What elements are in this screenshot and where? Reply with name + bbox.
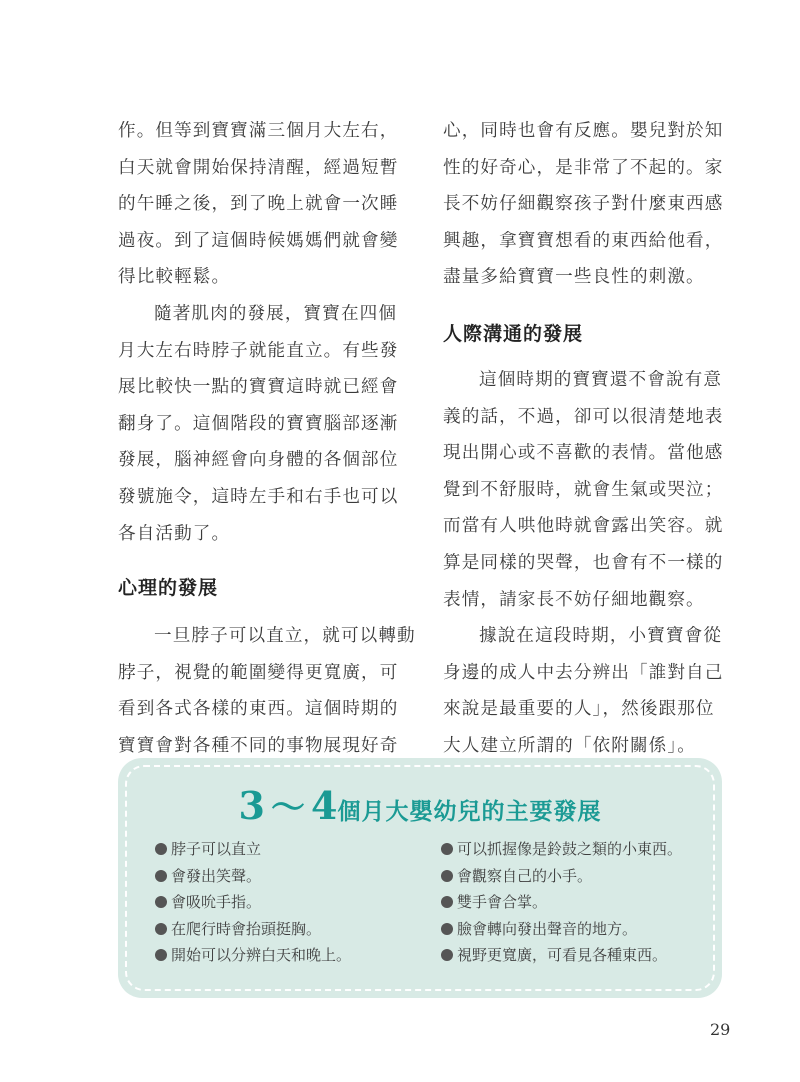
paragraph-muscle: 隨著肌肉的發展，寶寶在四個 月大左右時脖子就能直立。有些發 展比較快一點的寶寶這… xyxy=(118,296,408,552)
bullet-icon xyxy=(155,949,167,961)
section-heading-psychology: 心理的發展 xyxy=(118,572,408,604)
text-line: 據說在這段時期，小寶寶會從 xyxy=(443,618,733,655)
bullet-icon xyxy=(441,870,453,882)
text-line: 過夜。到了這個時候媽媽們就會變 xyxy=(118,223,408,260)
bullet-icon xyxy=(441,949,453,961)
list-item-text: 視野更寬廣，可看見各種東西。 xyxy=(457,946,667,964)
text-line: 展比較快一點的寶寶這時就已經會 xyxy=(118,369,408,406)
summary-title: 3～4個月大嬰幼兒的主要發展 xyxy=(118,780,722,829)
text-line: 月大左右時脖子就能直立。有些發 xyxy=(118,333,408,370)
text-line: 發號施令，這時左手和右手也可以 xyxy=(118,479,408,516)
text-line: 興趣，拿寶寶想看的東西給他看， xyxy=(443,223,733,260)
title-number-start: 3 xyxy=(239,783,265,828)
list-item-text: 會吸吮手指。 xyxy=(171,893,261,911)
text-line: 覺到不舒服時，就會生氣或哭泣； xyxy=(443,472,733,509)
text-line: 性的好奇心，是非常了不起的。家 xyxy=(443,150,733,187)
right-column: 心，同時也會有反應。嬰兒對於知 性的好奇心，是非常了不起的。家 長不妨仔細觀察孩… xyxy=(443,113,733,765)
text-line: 這個時期的寶寶還不會說有意 xyxy=(443,362,733,399)
list-item-text: 會發出笑聲。 xyxy=(171,867,261,885)
text-line: 看到各式各樣的東西。這個時期的 xyxy=(118,691,408,728)
title-tilde: ～ xyxy=(271,788,305,828)
text-line: 發展，腦神經會向身體的各個部位 xyxy=(118,442,408,479)
title-number-end: 4 xyxy=(311,783,337,828)
text-line: 長不妨仔細觀察孩子對什麼東西感 xyxy=(443,186,733,223)
bullet-icon xyxy=(441,843,453,855)
text-line: 表情，請家長不妨仔細地觀察。 xyxy=(443,582,733,619)
text-line: 一旦脖子可以直立，就可以轉動 xyxy=(118,618,408,655)
paragraph-expression: 這個時期的寶寶還不會說有意 義的話，不過，卻可以很清楚地表 現出開心或不喜歡的表… xyxy=(443,362,733,618)
text-line: 義的話，不過，卻可以很清楚地表 xyxy=(443,399,733,436)
list-item-text: 可以抓握像是鈴鼓之類的小東西。 xyxy=(457,840,682,858)
summary-box: 3～4個月大嬰幼兒的主要發展 脖子可以直立 會發出笑聲。 會吸吮手指。 在爬行時… xyxy=(118,758,722,998)
title-text: 個月大嬰幼兒的主要發展 xyxy=(337,798,601,825)
list-item: 在爬行時會抬頭挺胸。 xyxy=(155,916,351,943)
list-item: 脖子可以直立 xyxy=(155,836,351,863)
bullet-icon xyxy=(155,896,167,908)
list-item: 會發出笑聲。 xyxy=(155,863,351,890)
text-line: 作。但等到寶寶滿三個月大左右， xyxy=(118,113,408,150)
list-item-text: 在爬行時會抬頭挺胸。 xyxy=(171,920,321,938)
page-number: 29 xyxy=(710,1020,730,1039)
text-line: 隨著肌肉的發展，寶寶在四個 xyxy=(118,296,408,333)
bullet-icon xyxy=(155,843,167,855)
text-line: 算是同樣的哭聲，也會有不一樣的 xyxy=(443,545,733,582)
paragraph-curiosity: 心，同時也會有反應。嬰兒對於知 性的好奇心，是非常了不起的。家 長不妨仔細觀察孩… xyxy=(443,113,733,296)
bullet-icon xyxy=(155,923,167,935)
section-heading-communication: 人際溝通的發展 xyxy=(443,318,733,350)
text-line: 得比較輕鬆。 xyxy=(118,259,408,296)
text-line: 現出開心或不喜歡的表情。當他感 xyxy=(443,435,733,472)
list-item: 會觀察自己的小手。 xyxy=(441,863,682,890)
paragraph-vision: 一旦脖子可以直立，就可以轉動 脖子，視覺的範圍變得更寬廣，可 看到各式各樣的東西… xyxy=(118,618,408,764)
list-item-text: 臉會轉向發出聲音的地方。 xyxy=(457,920,637,938)
paragraph-attachment: 據說在這段時期，小寶寶會從 身邊的成人中去分辨出「誰對自己 來說是最重要的人」，… xyxy=(443,618,733,764)
text-line: 翻身了。這個階段的寶寶腦部逐漸 xyxy=(118,406,408,443)
list-item: 視野更寬廣，可看見各種東西。 xyxy=(441,942,682,969)
text-line: 來說是最重要的人」，然後跟那位 xyxy=(443,691,733,728)
list-item: 會吸吮手指。 xyxy=(155,889,351,916)
list-item: 開始可以分辨白天和晚上。 xyxy=(155,942,351,969)
paragraph-sleep: 作。但等到寶寶滿三個月大左右， 白天就會開始保持清醒，經過短暫 的午睡之後，到了… xyxy=(118,113,408,296)
milestone-list-left: 脖子可以直立 會發出笑聲。 會吸吮手指。 在爬行時會抬頭挺胸。 開始可以分辨白天… xyxy=(155,836,351,969)
text-line: 而當有人哄他時就會露出笑容。就 xyxy=(443,508,733,545)
text-line: 的午睡之後，到了晚上就會一次睡 xyxy=(118,186,408,223)
list-item-text: 脖子可以直立 xyxy=(171,840,261,858)
list-item: 雙手會合掌。 xyxy=(441,889,682,916)
bullet-icon xyxy=(441,896,453,908)
text-line: 心，同時也會有反應。嬰兒對於知 xyxy=(443,113,733,150)
text-line: 身邊的成人中去分辨出「誰對自己 xyxy=(443,655,733,692)
list-item-text: 開始可以分辨白天和晚上。 xyxy=(171,946,351,964)
text-line: 脖子，視覺的範圍變得更寬廣，可 xyxy=(118,655,408,692)
text-line: 白天就會開始保持清醒，經過短暫 xyxy=(118,150,408,187)
text-line: 各自活動了。 xyxy=(118,516,408,553)
text-line: 盡量多給寶寶一些良性的刺激。 xyxy=(443,259,733,296)
bullet-icon xyxy=(155,870,167,882)
list-item-text: 雙手會合掌。 xyxy=(457,893,547,911)
left-column: 作。但等到寶寶滿三個月大左右， 白天就會開始保持清醒，經過短暫 的午睡之後，到了… xyxy=(118,113,408,765)
list-item: 臉會轉向發出聲音的地方。 xyxy=(441,916,682,943)
list-item-text: 會觀察自己的小手。 xyxy=(457,867,592,885)
milestone-list-right: 可以抓握像是鈴鼓之類的小東西。 會觀察自己的小手。 雙手會合掌。 臉會轉向發出聲… xyxy=(441,836,682,969)
bullet-icon xyxy=(441,923,453,935)
list-item: 可以抓握像是鈴鼓之類的小東西。 xyxy=(441,836,682,863)
